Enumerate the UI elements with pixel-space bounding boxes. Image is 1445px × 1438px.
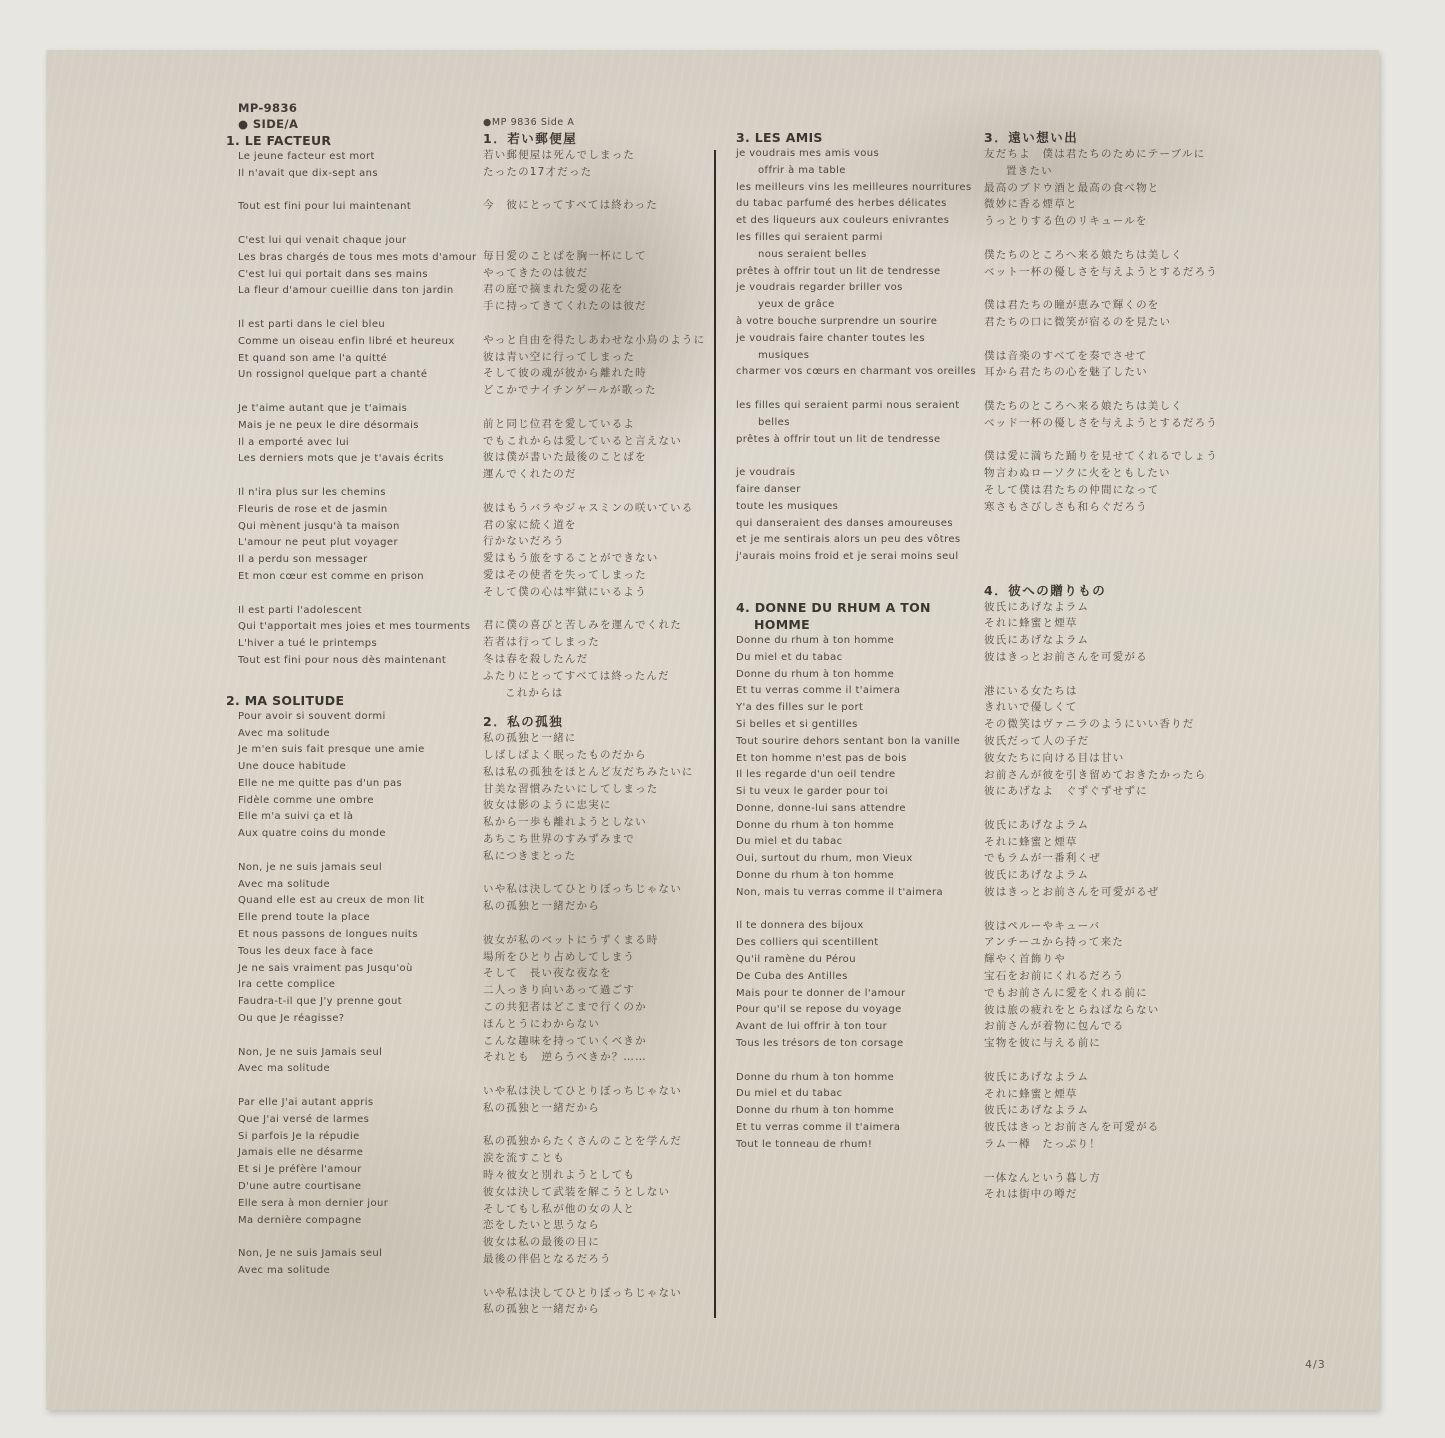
- lyric-line: Et tu verras comme il t'aimera: [736, 683, 976, 700]
- lyric-line: prêtes à offrir tout un lit de tendresse: [736, 264, 976, 281]
- lyric-line: Qui mènent jusqu'à ta maison: [238, 519, 468, 536]
- lyric-line: Qu'il ramène du Pérou: [736, 952, 976, 969]
- lyric-line: ベッド一杯の優しさを与えようとするだろう: [984, 415, 1224, 432]
- lyric-line: je voudrais faire chanter toutes les: [736, 331, 976, 348]
- lyric-line: Quand elle est au creux de mon lit: [238, 893, 468, 910]
- stanza-break: [736, 902, 976, 919]
- stanza-break: [483, 915, 713, 932]
- stanza-break: [483, 483, 713, 500]
- stanza-break: [238, 468, 468, 485]
- lyric-line: 場所をひとり占めしてしまう: [483, 949, 713, 966]
- stanza-break: [984, 1153, 1224, 1170]
- lyric-line: Du miel et du tabac: [736, 834, 976, 851]
- stanza-break: [238, 586, 468, 603]
- stanza-break: [238, 384, 468, 401]
- lyric-line: 愛はその使者を失ってしまった: [483, 567, 713, 584]
- stanza-break: [483, 214, 713, 231]
- lyric-line: Du miel et du tabac: [736, 1086, 976, 1103]
- stanza-break: [984, 331, 1224, 348]
- lyric-line: Et tu verras comme il t'aimera: [736, 1120, 976, 1137]
- lyric-line: 一体なんという暮し方: [984, 1170, 1224, 1187]
- song-title-les-amis: 3. LES AMIS: [736, 129, 976, 146]
- lyric-line: Pour qu'il se repose du voyage: [736, 1002, 976, 1019]
- lyric-line: Mais je ne peux le dire désormais: [238, 418, 468, 435]
- lyric-line: 彼女たちに向ける目は甘い: [984, 750, 1224, 767]
- lyric-line: でもお前さんに愛をくれる前に: [984, 985, 1224, 1002]
- stanza-break: [483, 1066, 713, 1083]
- lyric-line: ほんとうにわからない: [483, 1016, 713, 1033]
- lyric-line: 私の孤独と一緒だから: [483, 1100, 713, 1117]
- lyric-line: Et si Je préfère l'amour: [238, 1162, 468, 1179]
- lyric-line: 彼氏だって人の子だ: [984, 733, 1224, 750]
- lyric-line: 涙を流すことも: [483, 1150, 713, 1167]
- lyric-line: Avec ma solitude: [238, 726, 468, 743]
- lyric-line: 愛はもう旅をすることができない: [483, 550, 713, 567]
- lyric-line: そして僕の心は牢獄にいるよう: [483, 584, 713, 601]
- lyric-line: Non, je ne suis jamais seul: [238, 860, 468, 877]
- lyric-line: Non, Je ne suis Jamais seul: [238, 1045, 468, 1062]
- lyric-line: ベット一杯の優しさを与えようとするだろう: [984, 264, 1224, 281]
- lyric-line: Si tu veux le garder pour toi: [736, 784, 976, 801]
- lyric-line: 君の家に続く道を: [483, 517, 713, 534]
- catalog-number: MP-9836: [238, 100, 468, 116]
- lyric-line: les meilleurs vins les meilleures nourri…: [736, 180, 976, 197]
- lyric-line: やっと自由を得たしあわせな小鳥のように: [483, 332, 713, 349]
- column-japanese-left: ●MP 9836 Side A 1．若い郵便屋 若い郵便屋は死んでしまったたった…: [483, 116, 713, 1318]
- stanza-break: [483, 865, 713, 882]
- lyric-line: Le jeune facteur est mort: [238, 149, 468, 166]
- song-title-jp-1: 1．若い郵便屋: [483, 130, 713, 147]
- lyric-line: 彼女は決して武装を解こうとしない: [483, 1184, 713, 1201]
- lyric-line: Les derniers mots que je t'avais écrits: [238, 451, 468, 468]
- lyric-line: 彼氏はきっとお前さんを可愛がる: [984, 1119, 1224, 1136]
- stanza-break: [984, 280, 1224, 297]
- song-title-ma-solitude: 2. MA SOLITUDE: [226, 692, 468, 709]
- lyric-line: 君たちの口に微笑が宿るのを見たい: [984, 314, 1224, 331]
- stanza-break: [238, 300, 468, 317]
- lyric-line: お前さんが着物に包んでる: [984, 1018, 1224, 1035]
- lyric-line: je voudrais regarder briller vos: [736, 280, 976, 297]
- lyric-line: 彼女は私の最後の日に: [483, 1234, 713, 1251]
- lyric-line: Du miel et du tabac: [736, 650, 976, 667]
- lyric-line: 置きたい: [984, 163, 1224, 180]
- lyric-line: Pour avoir si souvent dormi: [238, 709, 468, 726]
- lyric-line: 友だちよ 僕は君たちのためにテーブルに: [984, 146, 1224, 163]
- stanza-break: [238, 1028, 468, 1045]
- lyric-line: les filles qui seraient parmi: [736, 230, 976, 247]
- stanza-break: [984, 800, 1224, 817]
- lyric-line: 二人っきり向いあって過ごす: [483, 982, 713, 999]
- lyrics-jp-4: 彼氏にあげなよラムそれに蜂蜜と煙草彼氏にあげなよラム彼はきっとお前さんを可愛がる…: [984, 599, 1224, 1204]
- lyric-line: どこかでナイチンゲールが歌った: [483, 382, 713, 399]
- lyric-line: 輝やく首飾りや: [984, 951, 1224, 968]
- lyric-line: Mais pour te donner de l'amour: [736, 986, 976, 1003]
- lyric-line: L'hiver a tué le printemps: [238, 636, 468, 653]
- stanza-break: [984, 1052, 1224, 1069]
- lyric-line: 微妙に香る煙草と: [984, 196, 1224, 213]
- lyric-line: 彼にあげなよ ぐずぐずせずに: [984, 783, 1224, 800]
- lyric-line: それに蜂蜜と煙草: [984, 1086, 1224, 1103]
- lyric-line: 君の庭で摘まれた愛の花を: [483, 281, 713, 298]
- lyric-line: Et ton homme n'est pas de bois: [736, 751, 976, 768]
- lyric-line: 冬は春を殺したんだ: [483, 651, 713, 668]
- lyric-line: Jamais elle ne désarme: [238, 1145, 468, 1162]
- lyric-line: それに蜂蜜と煙草: [984, 834, 1224, 851]
- lyric-line: 寒さもさびしさも和らぐだろう: [984, 499, 1224, 516]
- lyric-line: 彼はきっとお前さんを可愛がる: [984, 649, 1224, 666]
- column-divider: [714, 150, 716, 1318]
- lyric-line: 彼氏にあげなよラム: [984, 867, 1224, 884]
- stanza-break: [736, 448, 976, 465]
- lyric-line: 彼氏にあげなよラム: [984, 599, 1224, 616]
- lyric-line: お前さんが彼を引き留めておきたかったら: [984, 767, 1224, 784]
- lyric-line: les filles qui seraient parmi nous serai…: [736, 398, 976, 415]
- lyric-line: その微笑はヴァニラのようにいい香りだ: [984, 716, 1224, 733]
- lyric-line: Tout sourire dehors sentant bon la vanil…: [736, 734, 976, 751]
- lyric-line: 彼氏にあげなよラム: [984, 1102, 1224, 1119]
- lyric-line: Il n'avait que dix-sept ans: [238, 166, 468, 183]
- lyric-line: nous seraient belles: [736, 247, 976, 264]
- lyric-line: 君に僕の喜びと苦しみを運んでくれた: [483, 617, 713, 634]
- stanza-break: [984, 230, 1224, 247]
- stanza-break: [984, 666, 1224, 683]
- lyric-line: Une douce habitude: [238, 759, 468, 776]
- lyric-line: そしてもし私が他の女の人と: [483, 1201, 713, 1218]
- lyric-line: belles: [736, 415, 976, 432]
- column-french-left: MP-9836 ● SIDE/A 1. LE FACTEUR Le jeune …: [238, 100, 468, 1280]
- lyric-line: Tous les trésors de ton corsage: [736, 1036, 976, 1053]
- lyric-line: 僕たちのところへ来る娘たちは美しく: [984, 398, 1224, 415]
- lyric-line: et je me sentirais alors un peu des vôtr…: [736, 532, 976, 549]
- lyrics-jp-1: 若い郵便屋は死んでしまったたったの17才だった今 彼にとってすべては終わった毎日…: [483, 147, 713, 701]
- lyric-line: Il a perdu son messager: [238, 552, 468, 569]
- lyric-line: いや私は決してひとりぼっちじゃない: [483, 1083, 713, 1100]
- lyric-line: アンチーユから持って来た: [984, 934, 1224, 951]
- lyric-line: 彼はもうバラやジャスミンの咲いている: [483, 500, 713, 517]
- lyric-line: Donne du rhum à ton homme: [736, 633, 976, 650]
- song-title-jp-2: 2．私の孤独: [483, 713, 713, 730]
- lyric-line: 僕は愛に満ちた踊りを見せてくれるでしょう: [984, 448, 1224, 465]
- song-title-donne-du-rhum: 4. DONNE DU RHUM A TON: [736, 599, 976, 616]
- lyric-line: Comme un oiseau enfin libré et heureux: [238, 334, 468, 351]
- lyric-line: たったの17才だった: [483, 164, 713, 181]
- stanza-break: [984, 901, 1224, 918]
- song-title-jp-4: 4．彼への贈りもの: [984, 582, 1224, 599]
- stanza-break: [483, 601, 713, 618]
- page-number: 4/3: [1305, 1358, 1326, 1371]
- jp-catalog-label: ●MP 9836 Side A: [483, 116, 713, 130]
- lyric-line: Et mon cœur est comme en prison: [238, 569, 468, 586]
- lyric-line: いや私は決してひとりぼっちじゃない: [483, 1285, 713, 1302]
- lyric-line: Elle m'a suivi ça et là: [238, 809, 468, 826]
- lyric-line: qui danseraient des danses amoureuses: [736, 516, 976, 533]
- lyric-line: et des liqueurs aux couleurs enivrantes: [736, 213, 976, 230]
- lyric-line: 耳から君たちの心を魅了したい: [984, 364, 1224, 381]
- lyric-line: L'amour ne peut plut voyager: [238, 535, 468, 552]
- lyric-line: Donne du rhum à ton homme: [736, 868, 976, 885]
- lyric-line: それに蜂蜜と煙草: [984, 615, 1224, 632]
- lyric-line: Si belles et si gentilles: [736, 717, 976, 734]
- lyric-line: 宝物を彼に与える前に: [984, 1035, 1224, 1052]
- lyric-line: Faudra-t-il que J'y prenne gout: [238, 994, 468, 1011]
- lyric-line: でもこれからは愛していると言えない: [483, 433, 713, 450]
- lyric-line: うっとりする色のリキュールを: [984, 213, 1224, 230]
- lyric-line: Que J'ai versé de larmes: [238, 1112, 468, 1129]
- lyrics-ma-solitude: Pour avoir si souvent dormiAvec ma solit…: [238, 709, 468, 1280]
- lyric-line: 恋をしたいと思うなら: [483, 1217, 713, 1234]
- lyric-line: Non, mais tu verras comme il t'aimera: [736, 885, 976, 902]
- lyric-line: 手に持ってきてくれたのは彼だ: [483, 298, 713, 315]
- lyric-line: De Cuba des Antilles: [736, 969, 976, 986]
- song-title-donne-du-rhum-line2: HOMME: [736, 616, 976, 633]
- lyric-line: この共犯者はどこまで行くのか: [483, 999, 713, 1016]
- lyric-line: Qui t'apportait mes joies et mes tourmen…: [238, 619, 468, 636]
- lyric-line: du tabac parfumé des herbes délicates: [736, 196, 976, 213]
- lyric-line: 彼氏にあげなよラム: [984, 632, 1224, 649]
- stanza-break: [238, 183, 468, 200]
- stanza-break: [483, 181, 713, 198]
- lyric-line: Avec ma solitude: [238, 877, 468, 894]
- lyric-line: Donne du rhum à ton homme: [736, 667, 976, 684]
- lyric-line: あちこち世界のすみずみまで: [483, 831, 713, 848]
- lyric-line: Je ne sais vraiment pas Jusqu'où: [238, 961, 468, 978]
- stanza-break: [483, 315, 713, 332]
- lyric-line: je voudrais mes amis vous: [736, 146, 976, 163]
- lyric-line: Je m'en suis fait presque une amie: [238, 742, 468, 759]
- lyric-line: これからは: [483, 685, 713, 702]
- stanza-break: [483, 399, 713, 416]
- lyric-line: Fidèle comme une ombre: [238, 793, 468, 810]
- column-french-right: 3. LES AMIS je voudrais mes amis vousoff…: [736, 129, 976, 1154]
- lyric-line: 最後の伴侶となるだろう: [483, 1251, 713, 1268]
- lyric-line: Donne, donne-lui sans attendre: [736, 801, 976, 818]
- lyric-line: Si parfois Je la répudie: [238, 1129, 468, 1146]
- lyric-line: 甘美な習慣みたいにしてしまった: [483, 781, 713, 798]
- lyric-line: Il n'ira plus sur les chemins: [238, 485, 468, 502]
- lyric-line: Il est parti dans le ciel bleu: [238, 317, 468, 334]
- lyric-line: Et nous passons de longues nuits: [238, 927, 468, 944]
- lyric-line: 彼はきっとお前さんを可愛がるぜ: [984, 884, 1224, 901]
- lyric-line: Ira cette complice: [238, 977, 468, 994]
- lyric-line: Y'a des filles sur le port: [736, 700, 976, 717]
- lyric-line: Par elle J'ai autant appris: [238, 1095, 468, 1112]
- lyric-line: 彼は僕が書いた最後のことばを: [483, 449, 713, 466]
- lyric-line: それとも 逆らうべきか？……: [483, 1049, 713, 1066]
- lyric-line: Donne du rhum à ton homme: [736, 1103, 976, 1120]
- lyrics-jp-3: 友だちよ 僕は君たちのためにテーブルに置きたい最高のブドウ酒と最高の食べ物と微妙…: [984, 146, 1224, 516]
- lyric-line: 彼氏にあげなよラム: [984, 817, 1224, 834]
- stanza-break: [736, 381, 976, 398]
- lyric-line: 最高のブドウ酒と最高の食べ物と: [984, 180, 1224, 197]
- lyric-line: 私の孤独からたくさんのことを学んだ: [483, 1133, 713, 1150]
- lyric-line: やってきたのは彼だ: [483, 265, 713, 282]
- lyric-line: Avant de lui offrir à ton tour: [736, 1019, 976, 1036]
- lyric-line: j'aurais moins froid et je serai moins s…: [736, 549, 976, 566]
- lyric-line: 彼女は影のように忠実に: [483, 797, 713, 814]
- lyric-line: それは街中の噂だ: [984, 1186, 1224, 1203]
- lyric-line: Il les regarde d'un oeil tendre: [736, 767, 976, 784]
- stanza-break: [238, 843, 468, 860]
- lyric-line: Fleuris de rose et de jasmin: [238, 502, 468, 519]
- lyric-line: Il a emporté avec lui: [238, 435, 468, 452]
- lyric-line: Les bras chargés de tous mes mots d'amou…: [238, 250, 468, 267]
- lyrics-jp-2: 私の孤独と一緒にしばしばよく眠ったものだから私は私の孤独をほとんど友だちみたいに…: [483, 730, 713, 1318]
- lyric-line: 毎日愛のことばを胸一杯にして: [483, 248, 713, 265]
- lyric-line: 彼は旅の疲れをとらねばならない: [984, 1002, 1224, 1019]
- lyric-line: ふたりにとってすべては終ったんだ: [483, 668, 713, 685]
- lyric-line: そして彼の魂が彼から離れた時: [483, 365, 713, 382]
- lyric-line: 運んでくれたのだ: [483, 466, 713, 483]
- lyric-line: 私の孤独と一緒に: [483, 730, 713, 747]
- lyric-line: そして 長い夜な夜なを: [483, 965, 713, 982]
- lyric-line: La fleur d'amour cueillie dans ton jardi…: [238, 283, 468, 300]
- lyric-line: 私は私の孤独をほとんど友だちみたいに: [483, 764, 713, 781]
- column-japanese-right: 3．遠い想い出 友だちよ 僕は君たちのためにテーブルに置きたい最高のブドウ酒と最…: [984, 129, 1224, 1203]
- lyric-line: Avec ma solitude: [238, 1061, 468, 1078]
- lyric-line: Je t'aime autant que je t'aimais: [238, 401, 468, 418]
- lyrics-les-amis: je voudrais mes amis vousoffrir à ma tab…: [736, 146, 976, 566]
- lyric-line: 僕たちのところへ来る娘たちは美しく: [984, 247, 1224, 264]
- side-label: ● SIDE/A: [238, 116, 468, 132]
- lyric-line: きれいで優しくて: [984, 699, 1224, 716]
- lyric-line: 僕は君たちの瞳が恵みで輝くのを: [984, 297, 1224, 314]
- stanza-break: [483, 1117, 713, 1134]
- lyric-line: Elle sera à mon dernier jour: [238, 1196, 468, 1213]
- song-title-jp-3: 3．遠い想い出: [984, 129, 1224, 146]
- lyric-line: 時々彼女と別れようとしても: [483, 1167, 713, 1184]
- stanza-break: [984, 381, 1224, 398]
- lyric-line: 私の孤独と一緒だから: [483, 1301, 713, 1318]
- stanza-break: [736, 1053, 976, 1070]
- lyrics-le-facteur: Le jeune facteur est mortIl n'avait que …: [238, 149, 468, 670]
- lyric-line: Donne du rhum à ton homme: [736, 1070, 976, 1087]
- lyric-line: Et quand son ame l'a quitté: [238, 351, 468, 368]
- stanza-break: [483, 231, 713, 248]
- lyric-line: C'est lui qui venait chaque jour: [238, 233, 468, 250]
- lyric-line: 彼は青い空に行ってしまった: [483, 349, 713, 366]
- song-title-le-facteur: 1. LE FACTEUR: [226, 132, 468, 149]
- lyric-line: Donne du rhum à ton homme: [736, 818, 976, 835]
- lyric-line: Elle ne me quitte pas d'un pas: [238, 776, 468, 793]
- stanza-break: [984, 432, 1224, 449]
- lyric-line: いや私は決してひとりぼっちじゃない: [483, 881, 713, 898]
- lyric-line: 港にいる女たちは: [984, 683, 1224, 700]
- lyric-line: Un rossignol quelque part a chanté: [238, 367, 468, 384]
- stanza-break: [238, 216, 468, 233]
- lyric-line: 若い郵便屋は死んでしまった: [483, 147, 713, 164]
- lyric-line: Ma dernière compagne: [238, 1213, 468, 1230]
- lyric-line: 宝石をお前にくれるだろう: [984, 968, 1224, 985]
- lyric-line: faire danser: [736, 482, 976, 499]
- lyric-line: 物言わぬローソクに火をともしたい: [984, 465, 1224, 482]
- lyric-line: 私につきまとった: [483, 848, 713, 865]
- stanza-break: [483, 1268, 713, 1285]
- lyric-line: しばしばよく眠ったものだから: [483, 747, 713, 764]
- stanza-break: [238, 1229, 468, 1246]
- lyric-line: Aux quatre coins du monde: [238, 826, 468, 843]
- lyric-line: Elle prend toute la place: [238, 910, 468, 927]
- stanza-break: [238, 1078, 468, 1095]
- lyric-line: 前と同じ位君を愛しているよ: [483, 416, 713, 433]
- lyric-line: C'est lui qui portait dans ses mains: [238, 267, 468, 284]
- lyrics-donne-du-rhum: Donne du rhum à ton hommeDu miel et du t…: [736, 633, 976, 1154]
- lyric-line: Oui, surtout du rhum, mon Vieux: [736, 851, 976, 868]
- lyric-line: こんな趣味を持っていくべきか: [483, 1033, 713, 1050]
- lyric-line: でもラムが一番利くぜ: [984, 850, 1224, 867]
- lyric-line: Il est parti l'adolescent: [238, 603, 468, 620]
- lyric-line: 彼女が私のベットにうずくまる時: [483, 932, 713, 949]
- lyric-line: 僕は音楽のすべてを奏でさせて: [984, 348, 1224, 365]
- lyric-line: D'une autre courtisane: [238, 1179, 468, 1196]
- lyric-line: Tout est fini pour lui maintenant: [238, 199, 468, 216]
- lyric-line: そして僕は君たちの仲間になって: [984, 482, 1224, 499]
- lyric-line: je voudrais: [736, 465, 976, 482]
- lyric-line: musiques: [736, 348, 976, 365]
- lyric-line: yeux de grâce: [736, 297, 976, 314]
- lyric-line: Tous les deux face à face: [238, 944, 468, 961]
- lyric-line: Tout le tonneau de rhum!: [736, 1137, 976, 1154]
- lyric-line: toute les musiques: [736, 499, 976, 516]
- lyric-line: Des colliers qui scentillent: [736, 935, 976, 952]
- lyric-line: 若者は行ってしまった: [483, 634, 713, 651]
- lyric-line: offrir à ma table: [736, 163, 976, 180]
- lyric-line: Non, Je ne suis Jamais seul: [238, 1246, 468, 1263]
- lyric-line: 彼はペルーやキューバ: [984, 918, 1224, 935]
- lyric-line: 私の孤独と一緒だから: [483, 898, 713, 915]
- lyric-line: charmer vos cœurs en charmant vos oreill…: [736, 364, 976, 381]
- lyric-line: Tout est fini pour nous dès maintenant: [238, 653, 468, 670]
- lyric-line: à votre bouche surprendre un sourire: [736, 314, 976, 331]
- lyric-line: 彼氏にあげなよラム: [984, 1069, 1224, 1086]
- lyric-line: Ou que Je réagisse?: [238, 1011, 468, 1028]
- lyric-line: Il te donnera des bijoux: [736, 918, 976, 935]
- lyric-line: Avec ma solitude: [238, 1263, 468, 1280]
- lyric-line: 行かないだろう: [483, 533, 713, 550]
- lyric-line: 今 彼にとってすべては終わった: [483, 197, 713, 214]
- lyric-line: ラム一樽 たっぷり！: [984, 1136, 1224, 1153]
- lyric-line: 私から一歩も離れようとしない: [483, 814, 713, 831]
- lyric-line: prêtes à offrir tout un lit de tendresse: [736, 432, 976, 449]
